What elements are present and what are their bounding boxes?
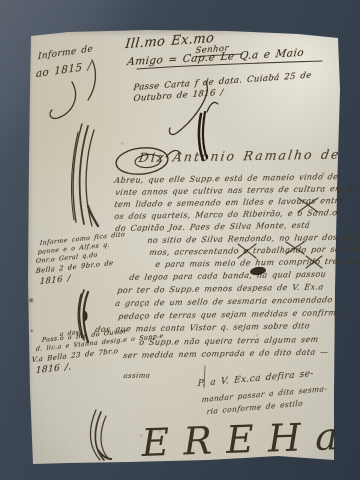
photographed-manuscript: Ill.mo Ex.mo Senhor Amigo = Cap.e Le Q.a… xyxy=(0,0,360,480)
body-closing-word: assima xyxy=(123,372,151,380)
